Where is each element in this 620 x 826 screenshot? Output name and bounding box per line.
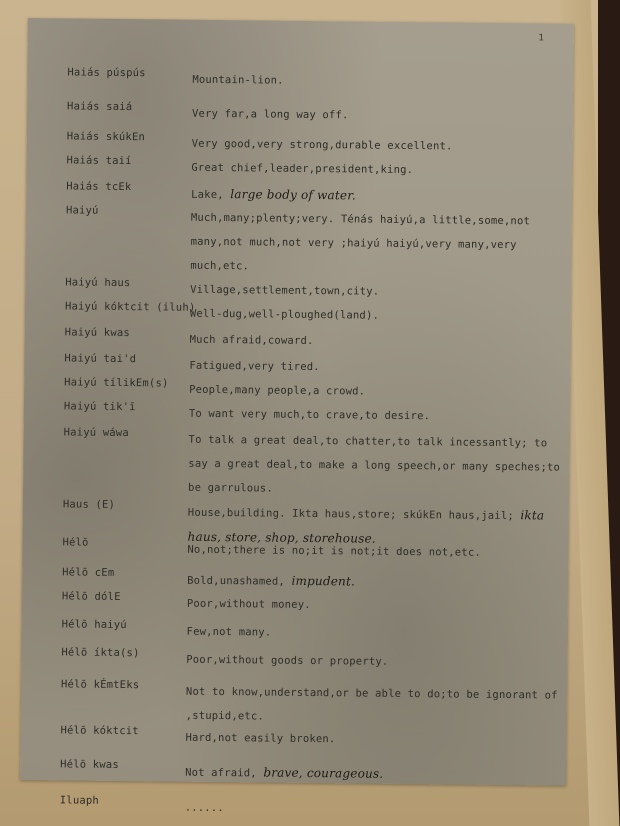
- definition-text: People,many people,a crowd.: [189, 384, 365, 398]
- definition-text: House,building. Ikta haus,store; skúkEn …: [188, 507, 514, 522]
- entry-term: Haiás tcEk: [66, 180, 131, 193]
- handwritten-note: large body of water.: [230, 187, 356, 202]
- entry-term: Haus (E): [63, 498, 115, 511]
- entry-term: Haiás púspús: [67, 66, 145, 79]
- definition-text: Well-dug,well-ploughed(land).: [190, 308, 379, 322]
- glossary-entry: Hélō kÉmtEksNot to know,understand,or be…: [21, 678, 567, 684]
- entry-definition: To talk a great deal,to chatter,to talk …: [188, 428, 569, 504]
- definition-text: Not afraid,: [185, 767, 257, 780]
- handwritten-note: brave, courageous.: [263, 766, 383, 781]
- entry-definition: Much afraid,coward.: [190, 328, 570, 356]
- definition-text: To talk a great deal,to chatter,to talk …: [188, 434, 560, 495]
- definition-text: Hard,not easily broken.: [185, 732, 335, 746]
- glossary-entry: Haiás saiáVery far,a long way off.: [27, 100, 573, 106]
- entry-definition: Hard,not easily broken.: [185, 726, 565, 754]
- entry-definition: Poor,without money.: [187, 592, 567, 620]
- entry-definition: Few,not many.: [186, 620, 566, 648]
- page-mark: 1: [538, 33, 544, 43]
- entry-term: Haiyú kóktcit (iluh): [65, 300, 196, 313]
- definition-text: Few,not many.: [187, 626, 272, 639]
- entry-definition: ......: [185, 796, 565, 824]
- definition-text: Lake,: [191, 189, 224, 201]
- entry-term: Haiyú tílikEm(s): [64, 376, 168, 389]
- typewritten-page: 1 Haiás púspúsMountain-lion.Haiás saiáVe…: [20, 18, 574, 786]
- definition-text: Very good,very strong,durable excellent.: [192, 138, 453, 153]
- glossary-entry: Haiás púspúsMountain-lion.: [27, 66, 573, 72]
- entry-definition: Much,many;plenty;very. Ténás haiyú,a lit…: [190, 206, 571, 282]
- definition-text: To want very much,to crave,to desire.: [189, 408, 430, 423]
- definition-text: Bold,unashamed,: [187, 575, 285, 588]
- entry-term: Hélō: [62, 536, 88, 548]
- definition-text: Mountain-lion.: [192, 74, 283, 87]
- entry-definition: To want very much,to crave,to desire.: [189, 402, 569, 430]
- entry-term: Hélō kóktcit: [60, 724, 138, 737]
- entry-term: Hélō kÉmtEks: [61, 678, 139, 691]
- definition-text: No,not;there is no;it is not;it does not…: [187, 544, 481, 559]
- definition-text: Fatigued,very tired.: [189, 360, 320, 373]
- definition-text: Poor,without money.: [187, 598, 311, 611]
- definition-text: Great chief,leader,president,king.: [191, 162, 413, 176]
- entry-definition: Not afraid, brave, courageous.: [185, 760, 565, 789]
- entry-term: Haiás saiá: [67, 100, 132, 113]
- definition-text: Poor,without goods or property.: [186, 654, 388, 668]
- glossary-entry: Hélō cEmBold,unashamed, impudent.: [22, 566, 568, 572]
- entry-term: Hélō dólE: [62, 590, 121, 603]
- entry-term: Haiyú kwas: [65, 326, 130, 339]
- definition-text: Village,settlement,town,city.: [190, 284, 379, 298]
- entry-term: Iluaph: [60, 794, 99, 806]
- entry-definition: Poor,without goods or property.: [186, 648, 566, 676]
- entry-term: Haiyú tik'ī: [64, 400, 136, 413]
- entry-term: Haiás taií: [66, 154, 131, 167]
- entry-term: Haiyú wáwa: [64, 426, 129, 439]
- entry-definition: Not to know,understand,or be able to do;…: [186, 680, 566, 732]
- entry-term: Hélō kwas: [60, 758, 119, 771]
- entry-term: Haiyú tai'd: [64, 352, 136, 365]
- entry-definition: Well-dug,well-ploughed(land).: [190, 302, 570, 330]
- definition-text: Much afraid,coward.: [190, 334, 314, 347]
- definition-text: Much,many;plenty;very. Ténás haiyú,a lit…: [190, 212, 530, 273]
- entry-term: Haiyú: [66, 204, 99, 216]
- definition-text: Very far,a long way off.: [192, 108, 349, 122]
- glossary-entry: Hélō kwasNot afraid, brave, courageous.: [20, 758, 566, 764]
- entry-definition: Mountain-lion.: [192, 68, 572, 96]
- entry-term: Haiás skúkEn: [67, 130, 145, 143]
- entry-definition: Very far,a long way off.: [192, 102, 572, 130]
- entry-definition: No,not;there is no;it is not;it does not…: [187, 538, 567, 566]
- entry-definition: Great chief,leader,president,king.: [191, 156, 571, 184]
- handwritten-note: impudent.: [291, 574, 355, 589]
- entry-term: Hélō íkta(s): [61, 646, 139, 659]
- entry-term: Hélō cEm: [62, 566, 114, 579]
- definition-text: Not to know,understand,or be able to do;…: [186, 686, 558, 723]
- entry-term: Haiyú haus: [65, 276, 130, 289]
- entry-term: Hélō haiyú: [62, 618, 127, 631]
- definition-text: ......: [185, 802, 224, 814]
- glossary-entry: Haiás skúkEnVery good,very strong,durabl…: [27, 130, 573, 136]
